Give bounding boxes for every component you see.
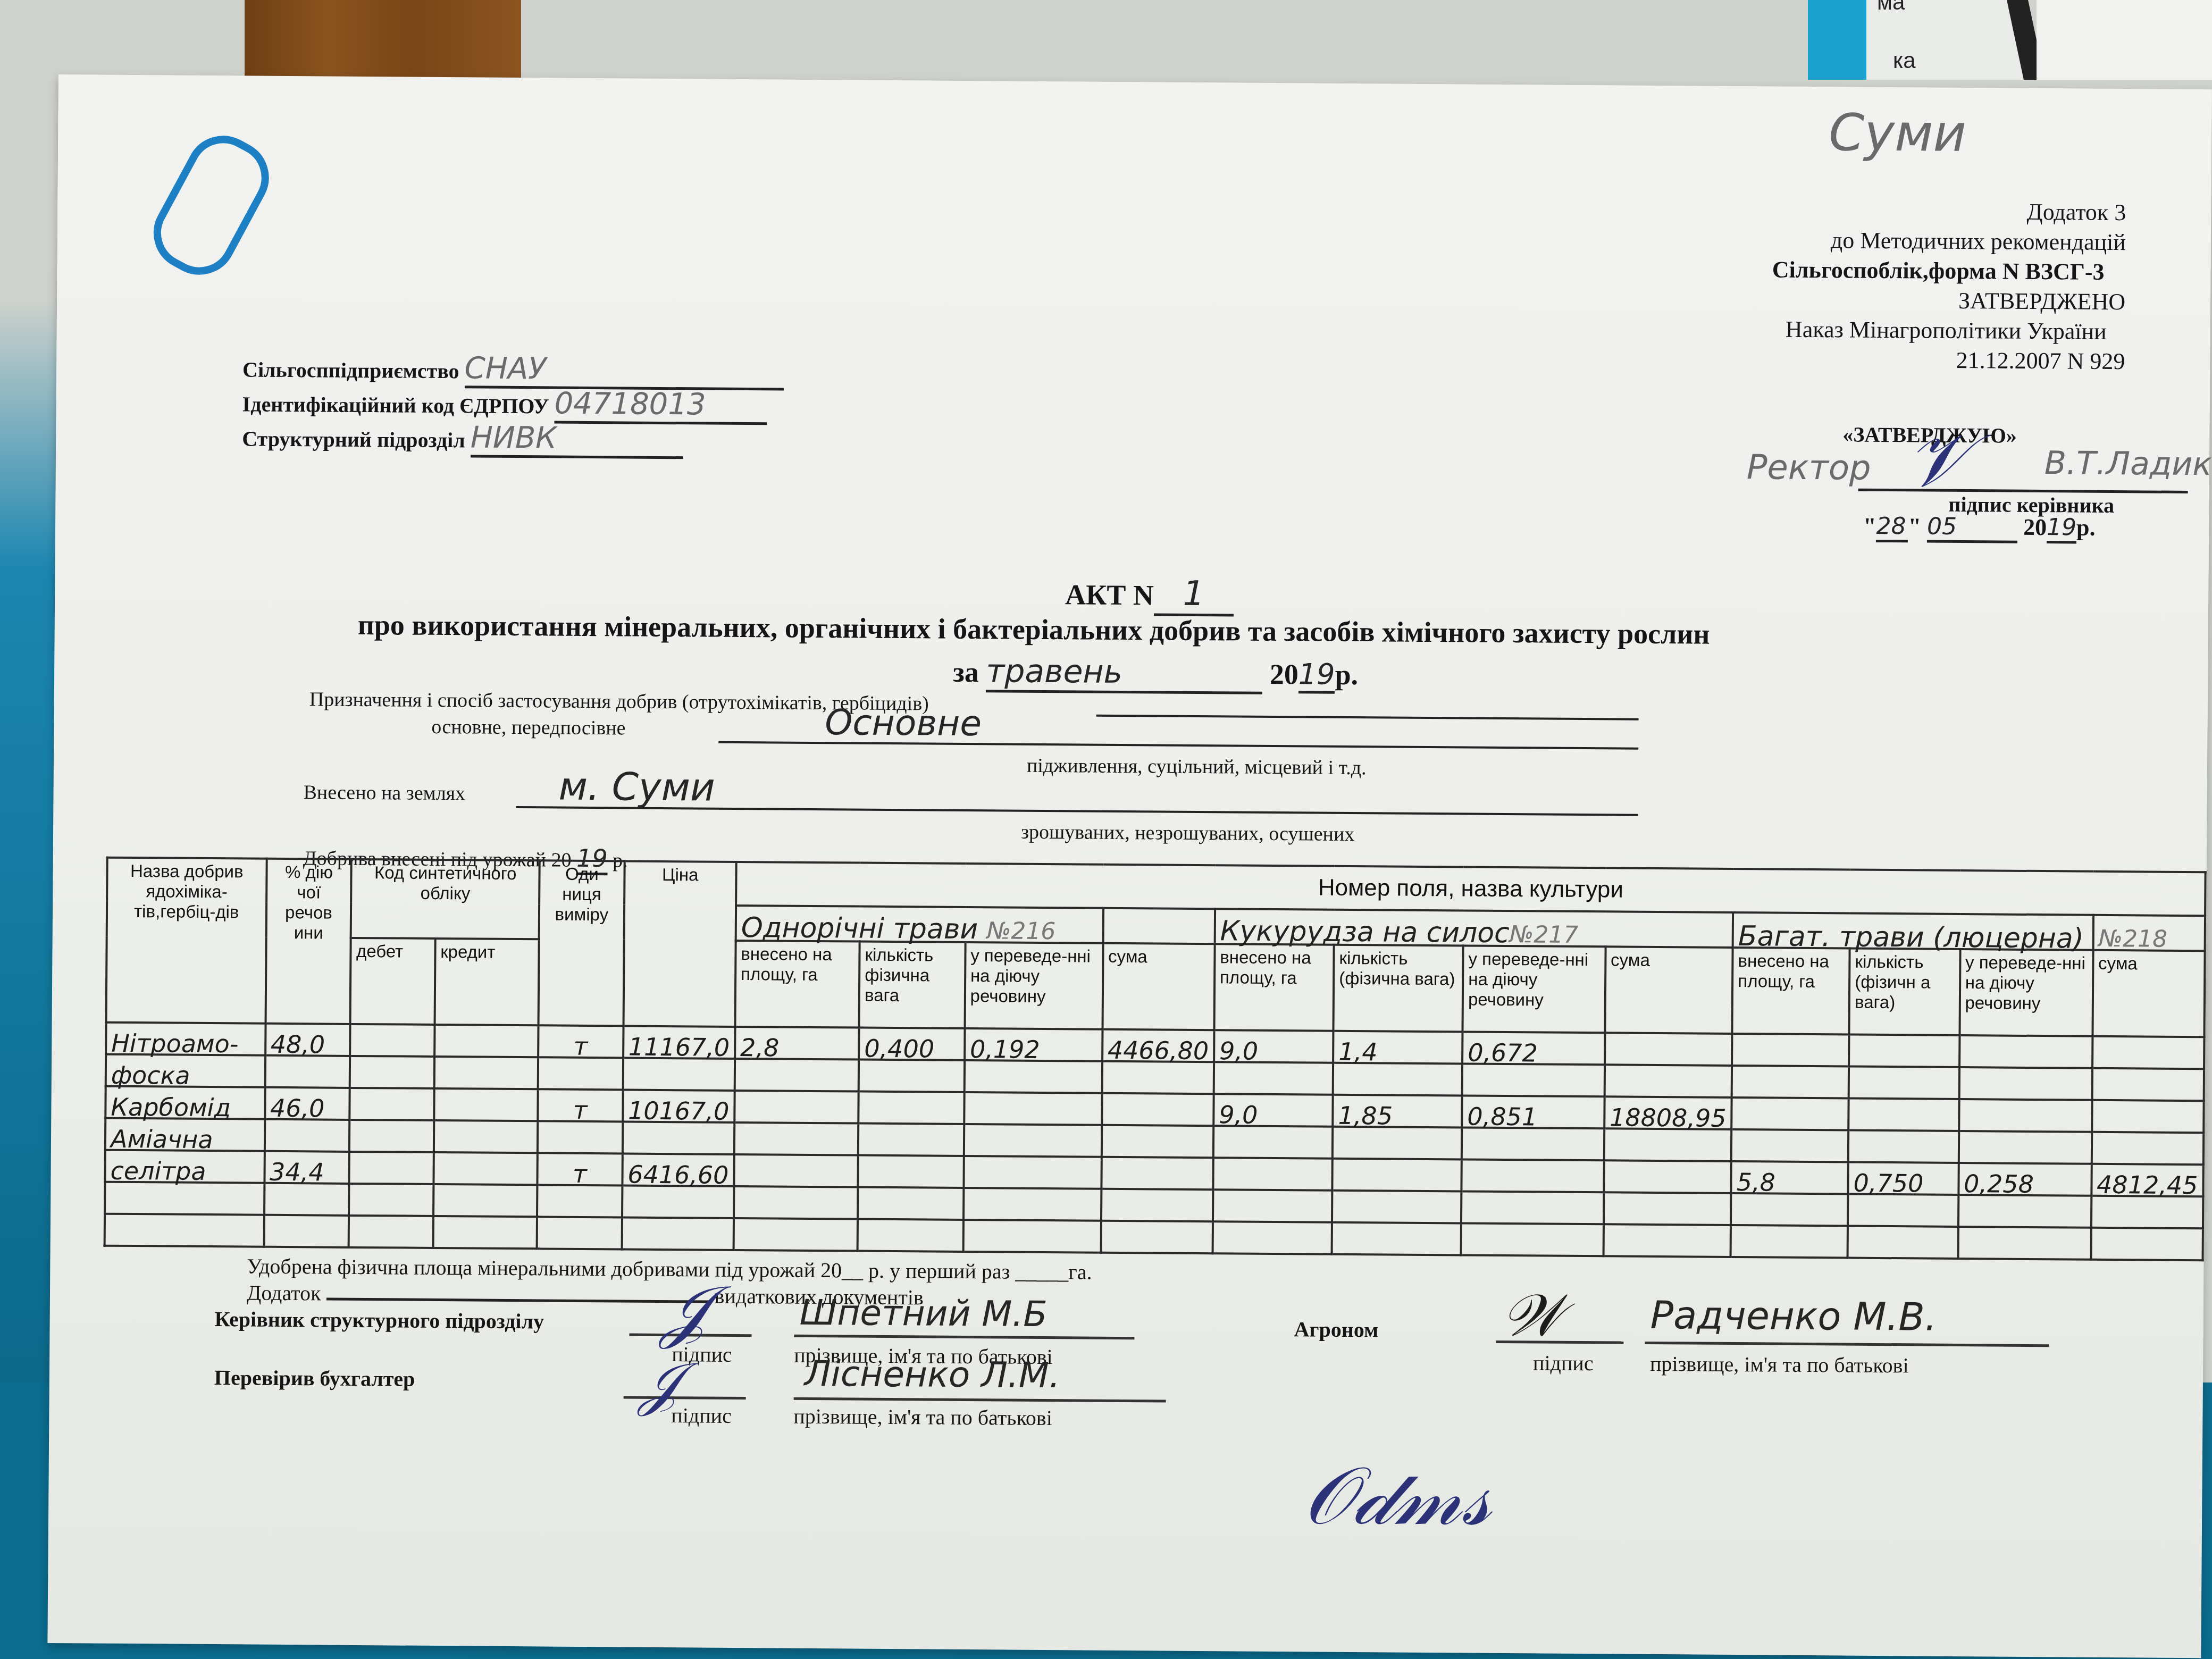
cell-value[interactable] <box>1959 1099 2092 1132</box>
cell-credit[interactable] <box>434 1025 539 1057</box>
cell-value[interactable]: 0,258 <box>1958 1163 2091 1196</box>
cell-value[interactable] <box>1461 1223 1604 1256</box>
cell-value[interactable] <box>963 1188 1101 1221</box>
cell-value[interactable] <box>964 1060 1102 1093</box>
cell-value[interactable]: 1,4 <box>1333 1031 1462 1064</box>
cell-value[interactable] <box>964 1124 1102 1157</box>
cell-value[interactable] <box>1604 1160 1731 1193</box>
cell-value[interactable]: 0,672 <box>1462 1032 1605 1065</box>
cyan-paper <box>1808 0 1866 80</box>
cell-unit[interactable] <box>537 1185 622 1217</box>
col-percent-header: % дію чої речов ини <box>265 859 351 1024</box>
cell-value[interactable]: 0,192 <box>965 1028 1102 1061</box>
cell-name[interactable]: селітра <box>105 1150 264 1183</box>
to-recommendations: до Методичних рекомендацій <box>1772 225 2126 258</box>
cell-value[interactable]: 9,0 <box>1213 1094 1333 1127</box>
form-name: Сільгоспоблік,форма N ВЗСГ-3 <box>1772 255 2105 287</box>
cell-percent[interactable]: 46,0 <box>265 1087 350 1120</box>
sub-header: сума <box>1605 946 1733 1034</box>
cell-value[interactable] <box>1604 1065 1732 1097</box>
cell-credit[interactable] <box>434 1088 538 1121</box>
cell-debit[interactable] <box>350 1024 435 1057</box>
act-number[interactable]: 1 <box>1154 574 1234 616</box>
extra-signature: 𝒪𝒹𝓂𝓈 <box>1303 1449 1492 1545</box>
sub-header: кількість (фізична вага) <box>1334 945 1463 1032</box>
cell-value[interactable] <box>1958 1131 2091 1164</box>
division-field[interactable]: НИВК <box>471 423 683 459</box>
cell-price[interactable]: 6416,60 <box>622 1153 734 1186</box>
cell-debit[interactable] <box>349 1216 433 1248</box>
cell-debit[interactable] <box>350 1088 434 1120</box>
cell-value[interactable] <box>1102 1061 1214 1094</box>
cell-value[interactable] <box>1731 1129 1848 1162</box>
cell-value[interactable] <box>1462 1063 1605 1096</box>
appendix: Додаток 3 <box>1773 196 2126 228</box>
cell-name[interactable] <box>105 1214 264 1247</box>
cell-value[interactable] <box>1959 1067 2092 1100</box>
cell-unit[interactable] <box>537 1217 622 1249</box>
cell-percent[interactable] <box>264 1183 349 1216</box>
cell-name[interactable]: фоска <box>106 1054 265 1087</box>
org-block: Сільгосппідприємство СНАУ Ідентифікаційн… <box>242 352 784 459</box>
lands-value: м. Суми <box>558 764 715 810</box>
act-subtitle: про використання мінеральних, органічних… <box>358 608 1710 651</box>
cell-debit[interactable] <box>349 1152 434 1184</box>
cell-value[interactable] <box>858 1187 963 1220</box>
cell-value[interactable] <box>2091 1132 2203 1164</box>
cell-value[interactable] <box>1959 1035 2092 1068</box>
background-text: ка <box>1893 48 1916 73</box>
lands-hint: зрошуваних, незрошуваних, осушених <box>1021 820 1355 846</box>
agronomist-name-field[interactable] <box>1645 1342 2049 1347</box>
cell-unit[interactable]: т <box>538 1025 623 1058</box>
cell-value[interactable] <box>1102 1093 1214 1126</box>
enterprise-row: Сільгосппідприємство СНАУ <box>242 352 784 390</box>
cell-value[interactable] <box>963 1220 1101 1253</box>
cell-credit[interactable] <box>434 1057 538 1089</box>
col-code-header: Код синтетичного обліку <box>351 859 540 939</box>
sub-header: кількість (фізичн а вага) <box>1849 949 1960 1035</box>
cell-value[interactable] <box>734 1091 859 1124</box>
cell-value[interactable]: 2,8 <box>735 1027 859 1060</box>
background-paper-right <box>2037 0 2212 80</box>
col-unit-header: Оди ниця виміру <box>539 860 625 1026</box>
cell-value[interactable] <box>964 1092 1102 1125</box>
cell-value[interactable] <box>734 1122 859 1155</box>
cell-percent[interactable] <box>264 1119 349 1152</box>
cell-name[interactable] <box>105 1182 264 1215</box>
cell-price[interactable] <box>622 1185 734 1218</box>
approved-label: ЗАТВЕРДЖЕНО <box>1772 285 2125 317</box>
cell-name[interactable]: Карбомід <box>105 1086 265 1119</box>
sign-caption: підпис <box>671 1403 732 1428</box>
sign-caption: підпис <box>1533 1350 1594 1376</box>
cell-value[interactable] <box>1332 1222 1461 1255</box>
cell-value[interactable] <box>1101 1189 1213 1221</box>
cell-value[interactable] <box>2092 1100 2204 1133</box>
sub-header: у переведе-нні на діючу речовину <box>965 942 1103 1029</box>
cell-value[interactable] <box>1848 1099 1959 1131</box>
cell-name[interactable]: Нітроамо- <box>106 1023 265 1055</box>
head-label: Керівник структурного підрозділу <box>215 1306 544 1334</box>
sub-header: у переведе-нні на діючу речовину <box>1959 949 2093 1036</box>
head-signature: 𝒥 <box>661 1270 709 1352</box>
cell-value[interactable] <box>734 1154 858 1187</box>
cell-credit[interactable] <box>433 1216 537 1249</box>
accountant-name: Лісненко Л.М. <box>805 1353 1060 1396</box>
agronomist-signature: 𝒲 <box>1501 1281 1563 1351</box>
cell-value[interactable] <box>734 1218 858 1251</box>
sub-header: внесено на площу, га <box>1732 948 1850 1035</box>
name-caption: прізвище, ім'я та по батькові <box>793 1404 1052 1430</box>
cell-debit[interactable] <box>350 1056 434 1088</box>
crop-3: Багат. трави (люцерна) <box>1733 912 2093 950</box>
cell-value[interactable] <box>1333 1159 1462 1192</box>
col-price-header: Ціна <box>623 861 736 1026</box>
sub-header: внесено на площу, га <box>735 941 859 1028</box>
purpose-line[interactable] <box>1096 715 1639 720</box>
sub-header: кількість фізична вага <box>859 942 966 1028</box>
cell-value[interactable] <box>1332 1191 1461 1224</box>
col-credit-header: кредит <box>434 939 539 1025</box>
act-title: АКТ N1 <box>1065 573 1234 616</box>
cell-value[interactable] <box>1212 1221 1332 1254</box>
cell-unit[interactable] <box>538 1057 623 1090</box>
cell-price[interactable] <box>622 1217 734 1250</box>
cell-credit[interactable] <box>433 1184 538 1217</box>
cell-value[interactable] <box>2092 1036 2205 1069</box>
cell-value[interactable] <box>1848 1130 1959 1163</box>
header-row-1: Назва добрив ядохіміка-тів,гербіц-дів % … <box>107 858 2205 916</box>
cell-value[interactable] <box>858 1124 964 1156</box>
cell-name[interactable]: Аміачна <box>105 1118 265 1151</box>
cell-value[interactable] <box>1732 1066 1849 1099</box>
table-body: Нітроамо-48,0т11167,02,80,4000,1924466,8… <box>105 1023 2205 1261</box>
cell-credit[interactable] <box>433 1152 538 1185</box>
approver-position: Ректор <box>1747 448 1871 488</box>
order-date: 21.12.2007 N 929 <box>1772 345 2125 377</box>
cell-value[interactable] <box>1101 1221 1213 1253</box>
cell-price[interactable] <box>623 1058 735 1090</box>
cell-value[interactable] <box>1213 1189 1333 1222</box>
form-header: Додаток 3 до Методичних рекомендацій Сіл… <box>1772 196 2126 377</box>
crop-3-field-no: №218 <box>2093 915 2205 951</box>
cell-value[interactable] <box>734 1186 858 1219</box>
purpose-hint-main: основне, передпосівне <box>431 715 625 740</box>
attachment-field[interactable] <box>326 1298 709 1303</box>
lands-label: Внесено на землях <box>303 781 465 805</box>
approver-name: В.Т.Ладика <box>2045 445 2212 483</box>
order: Наказ Мінагрополітики України <box>1772 315 2107 347</box>
accountant-label: Перевірив бухгалтер <box>214 1365 415 1392</box>
agronomist-label: Агроном <box>1294 1317 1378 1342</box>
head-name: Шпетний М.Б <box>800 1292 1048 1335</box>
sub-header: сума <box>1102 943 1214 1030</box>
cell-unit[interactable] <box>538 1121 623 1153</box>
act-month[interactable]: травень <box>986 652 1263 694</box>
cell-value[interactable] <box>1958 1227 2091 1260</box>
cell-value[interactable]: 0,851 <box>1462 1095 1604 1128</box>
act-period: за травень 2019р. <box>953 652 1358 695</box>
cell-unit[interactable]: т <box>538 1089 623 1121</box>
cell-percent[interactable] <box>265 1055 350 1088</box>
cell-price[interactable] <box>623 1121 735 1154</box>
head-name-field[interactable] <box>794 1335 1134 1339</box>
cell-value[interactable] <box>1213 1126 1333 1159</box>
cell-debit[interactable] <box>349 1184 434 1216</box>
purpose-value: Основне <box>825 702 982 744</box>
sign-caption: підпис <box>672 1342 732 1367</box>
background-paper: ма ка <box>1866 0 2026 80</box>
cell-value[interactable] <box>1333 1127 1462 1160</box>
cell-value[interactable] <box>858 1219 963 1252</box>
cell-value[interactable] <box>1605 1033 1732 1066</box>
cell-value[interactable]: 18808,95 <box>1604 1096 1732 1129</box>
agronomist-name: Радченко М.В. <box>1650 1293 1937 1339</box>
cell-value[interactable] <box>1731 1225 1848 1258</box>
col-name-header: Назва добрив ядохіміка-тів,гербіц-дів <box>106 858 267 1024</box>
background-text: ма <box>1877 0 1905 15</box>
cell-value[interactable] <box>2092 1068 2204 1101</box>
cell-value[interactable] <box>735 1059 859 1092</box>
cell-value[interactable]: 5,8 <box>1731 1161 1848 1194</box>
cell-price[interactable]: 10167,0 <box>623 1090 735 1122</box>
sub-header: внесено на площу, га <box>1214 944 1334 1031</box>
cell-price[interactable]: 11167,0 <box>623 1026 735 1058</box>
cell-value[interactable] <box>1101 1125 1213 1158</box>
cell-value[interactable] <box>1461 1159 1604 1192</box>
purpose-hint-sub: підживлення, суцільний, місцевий і т.д. <box>1027 754 1367 780</box>
name-caption: прізвище, ім'я та по батькові <box>1650 1351 1909 1378</box>
cell-value[interactable] <box>1101 1157 1213 1189</box>
sub-header: у переведе-нні на діючу речовину <box>1463 945 1606 1033</box>
approval-date: "28" 05 2019р. <box>1863 513 2096 544</box>
cell-value[interactable]: 1,85 <box>1333 1095 1462 1128</box>
cell-value[interactable] <box>1731 1193 1848 1226</box>
cell-value[interactable]: 4466,80 <box>1102 1029 1214 1062</box>
edrpou-row: Ідентифікаційний код ЄДРПОУ 04718013 <box>242 387 783 425</box>
division-row: Структурний підрозділ НИВК <box>242 421 783 459</box>
cell-value[interactable] <box>1214 1062 1334 1095</box>
cell-value[interactable] <box>1849 1035 1959 1067</box>
cell-value[interactable] <box>1732 1034 1849 1067</box>
cell-value[interactable] <box>1849 1067 1959 1099</box>
cell-percent[interactable]: 48,0 <box>265 1024 350 1056</box>
cell-value[interactable] <box>1848 1226 1958 1259</box>
cell-value[interactable] <box>1462 1127 1604 1160</box>
cell-value[interactable] <box>2091 1228 2203 1260</box>
cell-value[interactable] <box>1461 1191 1604 1224</box>
cell-value[interactable] <box>1213 1158 1333 1191</box>
cell-value[interactable]: 0,400 <box>859 1028 965 1060</box>
cell-value[interactable] <box>1604 1128 1732 1161</box>
cell-unit[interactable]: т <box>537 1153 622 1185</box>
cell-credit[interactable] <box>434 1120 538 1153</box>
enterprise-field[interactable]: СНАУ <box>464 354 783 390</box>
cell-value[interactable] <box>1848 1194 1958 1227</box>
accountant-name-field[interactable] <box>794 1397 1166 1403</box>
document-sheet: Суми Додаток 3 до Методичних рекомендаці… <box>47 74 2211 1658</box>
cell-value[interactable] <box>858 1155 964 1188</box>
cell-value[interactable] <box>2091 1196 2203 1228</box>
crop-2: Кукурудза на силос№217 <box>1214 909 1733 948</box>
cell-value[interactable] <box>1604 1192 1731 1225</box>
city-note: Суми <box>1829 103 1966 163</box>
cell-percent[interactable]: 34,4 <box>264 1151 349 1184</box>
cell-value[interactable]: 4812,45 <box>2091 1164 2203 1196</box>
cell-value[interactable] <box>859 1060 965 1092</box>
cell-value[interactable] <box>963 1156 1101 1189</box>
cell-value[interactable] <box>1333 1063 1462 1096</box>
header-row-sub: дебет кредит внесено на площу, га кількі… <box>106 936 2205 1037</box>
crop-1-sum-spacer <box>1103 908 1215 944</box>
edrpou-field[interactable]: 04718013 <box>554 389 767 425</box>
cell-debit[interactable] <box>349 1120 434 1152</box>
cell-value[interactable] <box>858 1092 964 1124</box>
cell-value[interactable]: 0,750 <box>1848 1162 1959 1195</box>
fertilizer-table: Назва добрив ядохіміка-тів,гербіц-дів % … <box>104 857 2207 1262</box>
cell-percent[interactable] <box>264 1215 349 1247</box>
paperclip-icon <box>140 123 282 288</box>
cell-value[interactable]: 9,0 <box>1214 1030 1334 1063</box>
crop-1: Однорічні трави №216 <box>736 906 1103 943</box>
cell-value[interactable] <box>1603 1224 1731 1257</box>
cell-value[interactable] <box>1731 1097 1848 1130</box>
cell-value[interactable] <box>1958 1195 2091 1228</box>
col-debit-header: дебет <box>350 938 435 1025</box>
sub-header: сума <box>2092 950 2205 1037</box>
